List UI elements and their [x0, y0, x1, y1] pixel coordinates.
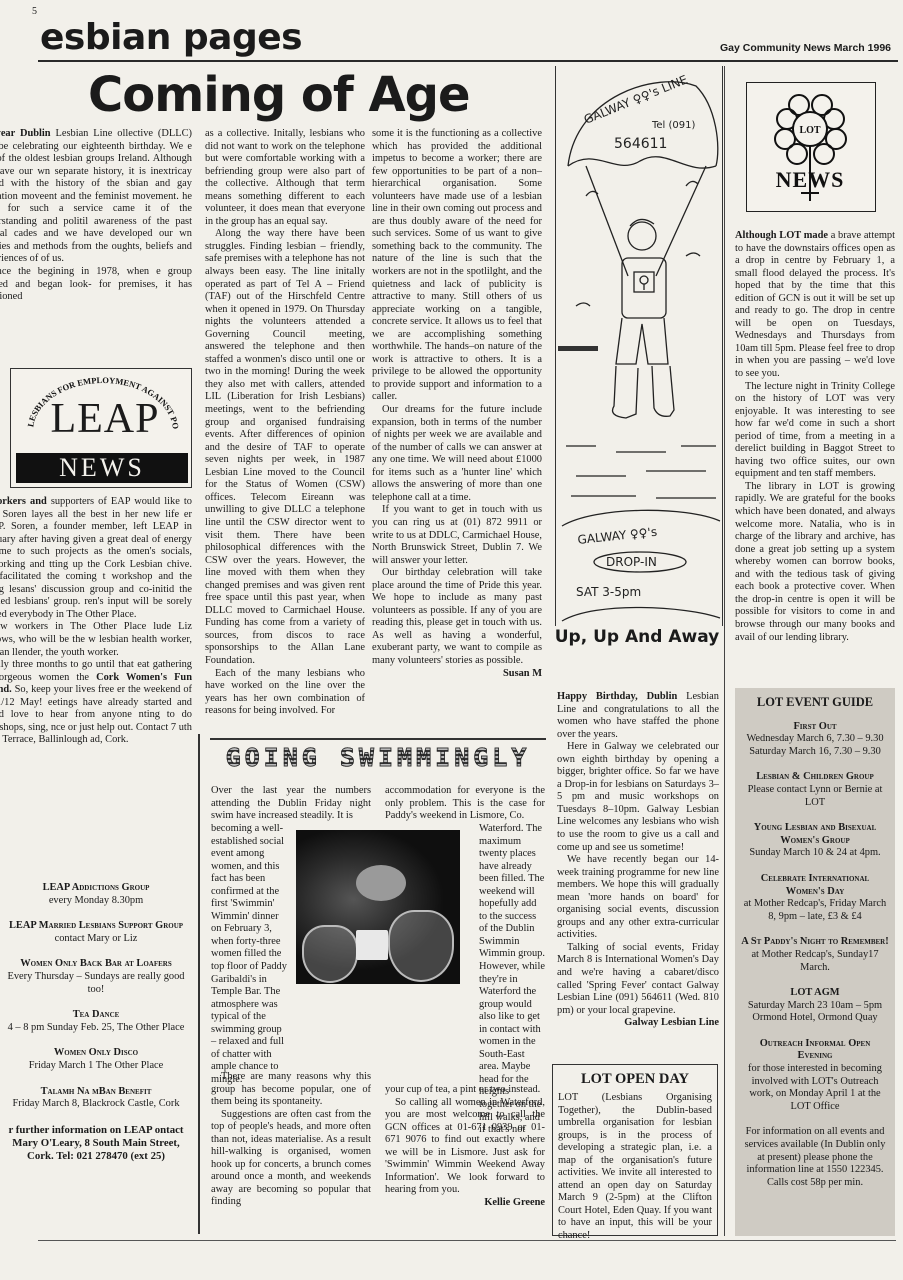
swim-left-wide: There are many reasons why this group ha… — [211, 1071, 371, 1209]
lot-open-day-body: LOT (Lesbians Organising Together), the … — [558, 1092, 712, 1243]
lot-flower-icon: LOT NEWS — [747, 83, 877, 213]
headline-coming-of-age: Coming of Age — [88, 66, 470, 124]
parachutist-cartoon-icon: GALWAY ♀♀'s LINE Tel (091) 564611 GALWAY… — [556, 66, 724, 626]
svg-text:GALWAY ♀♀'s LINE: GALWAY ♀♀'s LINE — [582, 72, 690, 126]
main-article-col1: his year Dublin Lesbian Line ollective (… — [0, 128, 192, 304]
svg-text:Tel (091): Tel (091) — [651, 120, 696, 131]
lot-event-item: Celebrate International Women's Dayat Mo… — [741, 873, 889, 923]
leap-event-item: Tea Dance4 – 8 pm Sunday Feb. 25, The Ot… — [0, 1009, 192, 1034]
lot-event-guide-title: LOT EVENT GUIDE — [741, 696, 889, 709]
galway-article: Happy Birthday, Dublin Lesbian Line and … — [557, 691, 719, 1030]
leap-event-item: LEAP Addictions Groupevery Monday 8.30pm — [0, 882, 192, 907]
article-paragraph: Each of the many lesbians who have worke… — [205, 668, 365, 718]
leap-paragraph: ie workers and supporters of EAP would l… — [0, 496, 192, 621]
svg-text:SAT 3-5pm: SAT 3-5pm — [576, 585, 641, 599]
galway-author: Galway Lesbian Line — [557, 1017, 719, 1030]
leap-event-item: LEAP Married Lesbians Support Groupconta… — [0, 920, 192, 945]
main-article-col2: as a collective. Initally, lesbians who … — [205, 128, 365, 718]
lot-event-guide-footer: For information on all events and servic… — [741, 1126, 889, 1189]
masthead-date: Gay Community News March 1996 — [720, 42, 891, 54]
swim-left-narrow: becoming a well-established social event… — [211, 823, 289, 1086]
photo-face — [356, 865, 406, 901]
lot-event-item: Young Lesbian and Bisexual Women's Group… — [741, 822, 889, 860]
leap-contact-info: r further information on LEAP ontact Mar… — [0, 1124, 192, 1163]
svg-text:564611: 564611 — [614, 136, 667, 152]
lot-open-day-box: LOT OPEN DAY LOT (Lesbians Organising To… — [552, 1064, 718, 1236]
lot-event-item: First OutWednesday March 6, 7.30 – 9.30 … — [741, 721, 889, 759]
main-article-col3: some it is the functioning as a collecti… — [372, 128, 542, 680]
svg-text:NEWS: NEWS — [776, 167, 845, 192]
section-title: esbian pages — [40, 18, 302, 58]
article-paragraph: his year Dublin Lesbian Line ollective (… — [0, 128, 192, 266]
article-paragraph: as a collective. Initally, lesbians who … — [205, 128, 365, 228]
article-paragraph: Our dreams for the future include expans… — [372, 404, 542, 504]
bottom-rule — [38, 1240, 896, 1241]
leap-paragraph: Only three months to go until that eat g… — [0, 659, 192, 747]
leap-article: ie workers and supporters of EAP would l… — [0, 496, 192, 747]
swim-photo — [296, 830, 460, 984]
lot-event-item: Outreach Informal Open Eveningfor those … — [741, 1038, 889, 1114]
lot-event-item: Lesbian & Children GroupPlease contact L… — [741, 771, 889, 809]
leap-event-item: Women Only DiscoFriday March 1 The Other… — [0, 1047, 192, 1072]
page-number: 5 — [32, 6, 37, 17]
photo-cup — [356, 930, 388, 960]
lot-news-logo: LOT NEWS — [746, 82, 876, 212]
column-divider — [724, 66, 725, 1236]
lot-event-guide: LOT EVENT GUIDE First OutWednesday March… — [735, 688, 895, 1236]
lot-event-item: LOT AGMSaturday March 23 10am – 5pm Ormo… — [741, 987, 889, 1025]
leap-logo-news: NEWS — [16, 453, 188, 483]
leap-news-logo: LESBIANS FOR EMPLOYMENT AGAINST POVERTY … — [10, 368, 192, 488]
photo-glass — [302, 925, 358, 983]
svg-text:DROP-IN: DROP-IN — [606, 555, 657, 569]
leap-event-item: Women Only Back Bar at LoafersEvery Thur… — [0, 958, 192, 996]
galway-cartoon: GALWAY ♀♀'s LINE Tel (091) 564611 GALWAY… — [555, 66, 723, 626]
article-paragraph: some it is the functioning as a collecti… — [372, 128, 542, 404]
svg-text:LOT: LOT — [799, 125, 820, 136]
swim-author: Kellie Greene — [385, 1197, 545, 1210]
article-author: Susan M — [372, 668, 542, 681]
swim-right-wide: your cup of tea, a pint or two instead. … — [385, 1084, 545, 1209]
lot-event-item: A St Paddy's Night to Remember!at Mother… — [741, 936, 889, 974]
swim-intro-left: Over the last year the numbers attending… — [211, 785, 371, 823]
article-paragraph: If you want to get in touch with us you … — [372, 504, 542, 567]
leap-events-list: LEAP Addictions Groupevery Monday 8.30pm… — [0, 882, 192, 1163]
lot-news-article: Although LOT made a brave attempt to hav… — [735, 230, 895, 644]
swim-intro-right: accommodation for everyone is the only p… — [385, 785, 545, 823]
svg-text:GALWAY ♀♀'s: GALWAY ♀♀'s — [577, 525, 658, 547]
leap-logo-title: LEAP — [35, 397, 175, 441]
article-paragraph: Since the begining in 1978, when e group… — [0, 266, 192, 304]
photo-glass — [388, 910, 454, 982]
swim-rule — [210, 738, 546, 740]
galway-headline: Up, Up And Away — [552, 626, 722, 648]
leap-event-item: Talamh Na mBan BenefitFriday March 8, Bl… — [0, 1086, 192, 1111]
swim-title: GOING SWIMMINGLY — [213, 742, 543, 774]
lead-bold: his year Dublin — [0, 128, 51, 139]
leap-paragraph: New workers in The Other Place lude Liz … — [0, 621, 192, 659]
lot-open-day-title: LOT OPEN DAY — [558, 1070, 712, 1088]
masthead-rule — [38, 60, 898, 62]
article-paragraph: Along the way there have been struggles.… — [205, 228, 365, 667]
article-paragraph: Our birthday celebration will take place… — [372, 567, 542, 667]
